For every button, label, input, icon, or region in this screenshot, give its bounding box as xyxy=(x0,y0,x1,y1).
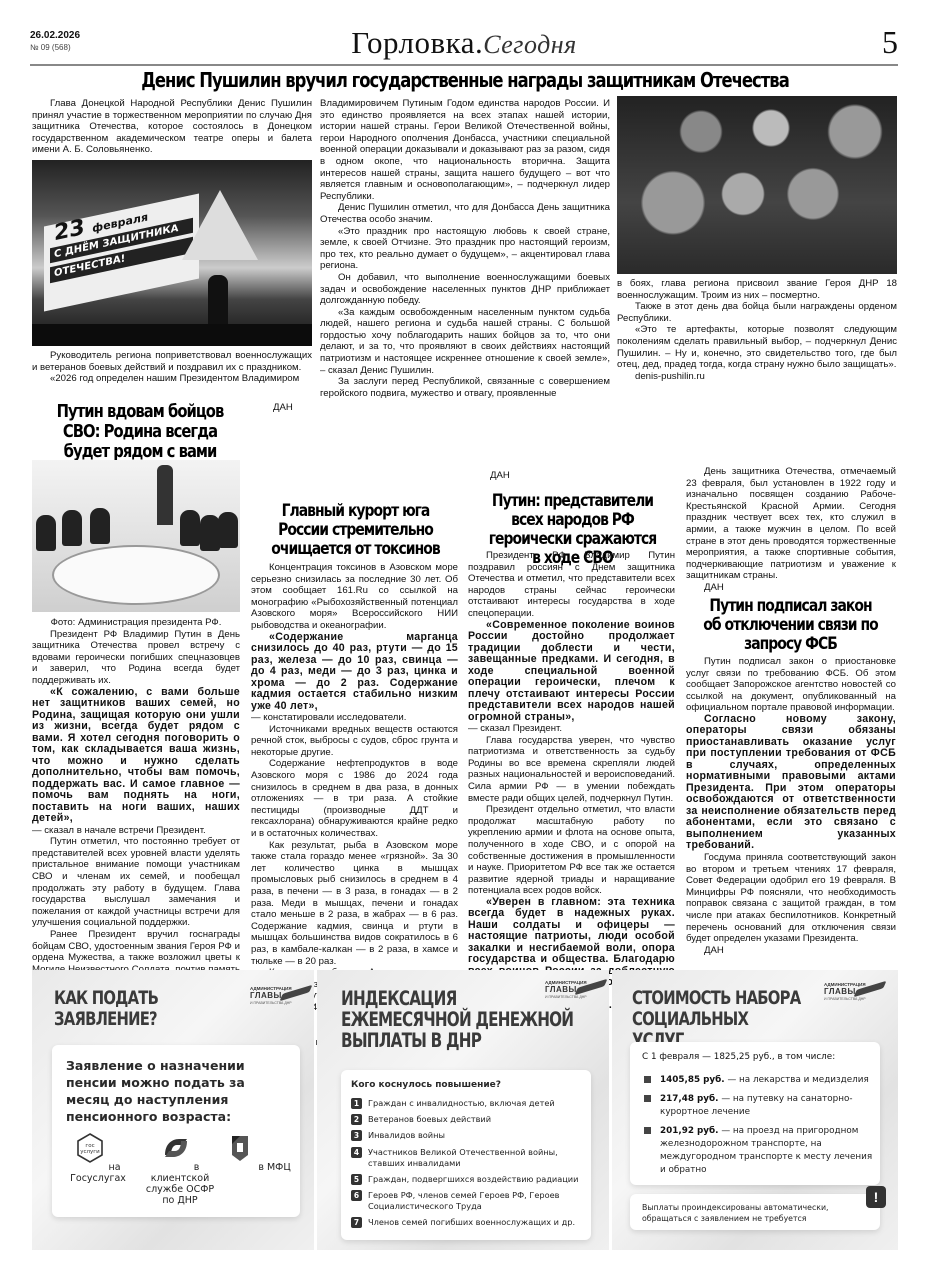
option-mfc[interactable]: в МФЦ xyxy=(222,1133,294,1173)
cost-item: 201,92 руб. — на проезд на пригородном ж… xyxy=(644,1125,874,1177)
admin-logo: АДМИНИСТРАЦИЯГЛАВЫИ ПРАВИТЕЛЬСТВА ДНР xyxy=(545,980,605,1004)
widows-col-continued: ДАН xyxy=(251,402,458,414)
photo-stage-ceremony: 23 февраля С ДНЁМ ЗАЩИТНИКА ОТЕЧЕСТВА! xyxy=(32,160,312,346)
resort-col-continued: ДАН xyxy=(468,470,675,482)
paragraph: «2026 год определен нашим Президентом Вл… xyxy=(32,373,312,385)
pushilin-col-3: в боях, глава региона присвоил звание Ге… xyxy=(617,278,897,382)
social-services-card: С 1 февраля — 1825,25 руб., в том числе:… xyxy=(630,1042,880,1185)
card-lead: Заявление о назначении пенсии можно пода… xyxy=(66,1057,288,1125)
paragraph: Госдума приняла соответствующий закон во… xyxy=(686,852,896,945)
masthead: 26.02.2026 № 09 (568) Горловка.Сегодня 5 xyxy=(30,20,898,66)
peoples-col-continued: День защитника Отечества, отмечаемый 23 … xyxy=(686,466,896,594)
infographic-title: Как подать заявление? xyxy=(54,988,187,1030)
admin-logo: АДМИНИСТРАЦИЯГЛАВЫИ ПРАВИТЕЛЬСТВА ДНР xyxy=(250,986,310,1010)
note-text: Выплаты проиндексированы автоматически, … xyxy=(642,1202,852,1224)
star-icon xyxy=(182,190,258,260)
headline-pushilin: Денис Пушилин вручил государственные наг… xyxy=(117,68,814,92)
paragraph: Он добавил, что выполнение военнослужащи… xyxy=(320,272,610,307)
quote-attribution: — констатировали исследователи. xyxy=(251,712,458,724)
paragraph: Как результат, рыба в Азовском море такж… xyxy=(251,840,458,968)
page-number: 5 xyxy=(882,24,898,61)
pension-card: Заявление о назначении пенсии можно пода… xyxy=(52,1045,300,1217)
newspaper-title: Горловка.Сегодня xyxy=(30,25,898,61)
square-bullet-icon xyxy=(644,1076,651,1083)
option-gosuslugi[interactable]: госуслуги на Госуслугах xyxy=(58,1133,138,1184)
paragraph: Путин отметил, что постоянно требует от … xyxy=(32,836,240,929)
headline-fsb: Путин подписал закон об отключении связи… xyxy=(702,597,878,654)
paragraph: За заслуги перед Республикой, связанные … xyxy=(320,376,610,399)
exclamation-icon: ! xyxy=(866,1186,886,1208)
paragraph: Концентрация токсинов в Азовском море се… xyxy=(251,562,458,632)
list-item: 4Участников Великой Отечественной войны,… xyxy=(351,1147,586,1169)
card-question: Кого коснулось повышение? xyxy=(351,1080,501,1090)
square-bullet-icon xyxy=(644,1095,651,1102)
peoples-col: Президент РФ Владимир Путин поздравил ро… xyxy=(468,550,675,1035)
source: ДАН xyxy=(251,402,458,414)
quote: «Содержание марганца снизилось до 40 раз… xyxy=(251,632,458,713)
pushilin-col-1: Глава Донецкой Народной Республики Денис… xyxy=(32,98,312,385)
paragraph: Глава государства уверен, что чувство па… xyxy=(468,735,675,805)
paragraph: «Это праздник про настоящую любовь к сво… xyxy=(320,226,610,272)
source: ДАН xyxy=(686,582,896,594)
cost-item: 1405,85 руб. — на лекарства и медизделия xyxy=(644,1074,874,1087)
paragraph: Руководитель региона поприветствовал вое… xyxy=(32,350,312,373)
list-item: 7Членов семей погибших военнослужащих и … xyxy=(351,1217,586,1228)
quote-attribution: — сказал в начале встречи Президент. xyxy=(32,825,240,837)
source: ДАН xyxy=(468,470,675,482)
photo-veterans-audience xyxy=(617,96,897,274)
quote-attribution: — сказал Президент. xyxy=(468,723,675,735)
source: ДАН xyxy=(686,945,896,957)
paragraph: Источниками вредных веществ остаются реч… xyxy=(251,724,458,759)
fsb-col: Путин подписал закон о приостановке услу… xyxy=(686,656,896,956)
admin-logo: АДМИНИСТРАЦИЯГЛАВЫИ ПРАВИТЕЛЬСТВА ДНР xyxy=(824,982,884,1006)
mfc-icon xyxy=(225,1133,255,1163)
infographic-pension: Как подать заявление? АДМИНИСТРАЦИЯГЛАВЫ… xyxy=(32,970,314,1250)
headline-widows: Путин вдовам бойцов СВО: Родина всегда б… xyxy=(50,402,230,462)
paragraph: «Это те артефакты, которые позволят след… xyxy=(617,324,897,370)
banner: 23 февраля С ДНЁМ ЗАЩИТНИКА ОТЕЧЕСТВА! xyxy=(44,193,199,311)
paragraph: Владимировичем Путиным Годом единства на… xyxy=(320,98,610,202)
list-item: 6Героев РФ, членов семей Героев РФ, Геро… xyxy=(351,1190,586,1212)
card-lead: С 1 февраля — 1825,25 руб., в том числе: xyxy=(642,1052,835,1062)
list-item: 3Инвалидов войны xyxy=(351,1130,586,1141)
paragraph: Президент отдельно отметил, что власти п… xyxy=(468,804,675,897)
svg-text:услуги: услуги xyxy=(81,1149,101,1155)
paragraph: «За каждым освобожденным населенным пунк… xyxy=(320,307,610,377)
headline-resort: Главный курорт юга России стремительно о… xyxy=(267,502,443,559)
photo-kremlin-meeting xyxy=(32,460,240,612)
option-sfr-office[interactable]: в клиентской службе ОСФР по ДНР xyxy=(140,1133,220,1206)
paragraph: Также в этот день два бойца были награжд… xyxy=(617,301,897,324)
source-link[interactable]: denis-pushilin.ru xyxy=(617,371,897,383)
quote: Согласно новому закону, операторы связи … xyxy=(686,714,896,852)
infographic-indexation: Индексация ежемесячной денежной выплаты … xyxy=(317,970,609,1250)
sfr-icon xyxy=(161,1133,191,1163)
gosuslugi-icon: госуслуги xyxy=(75,1133,105,1163)
infographic-title: Индексация ежемесячной денежной выплаты … xyxy=(341,988,575,1051)
photo-caption: Фото: Администрация президента РФ. xyxy=(32,617,240,629)
quote: «К сожалению, с вами больше нет защитник… xyxy=(32,687,240,825)
paragraph: День защитника Отечества, отмечаемый 23 … xyxy=(686,466,896,582)
list-item: 2Ветеранов боевых действий xyxy=(351,1114,586,1125)
infographic-social-services: Стоимость набора социальных услуг АДМИНИ… xyxy=(612,970,898,1250)
paragraph: Президент РФ Владимир Путин в День защит… xyxy=(32,629,240,687)
paragraph: Денис Пушилин отметил, что для Донбасса … xyxy=(320,202,610,225)
list-item: 5Граждан, подвергшихся воздействию радиа… xyxy=(351,1174,586,1185)
title-main: Горловка. xyxy=(351,25,483,60)
square-bullet-icon xyxy=(644,1127,651,1134)
title-script: Сегодня xyxy=(483,30,577,59)
cost-item: 217,48 руб. — на путевку на санаторно-ку… xyxy=(644,1093,859,1119)
paragraph: Содержание нефтепродуктов в воде Азовско… xyxy=(251,758,458,839)
list-item: 1Граждан с инвалидностью, включая детей xyxy=(351,1098,586,1109)
note-card: Выплаты проиндексированы автоматически, … xyxy=(630,1194,880,1230)
paragraph: Президент РФ Владимир Путин поздравил ро… xyxy=(468,550,675,620)
indexation-card: Кого коснулось повышение? 1Граждан с инв… xyxy=(341,1070,591,1240)
paragraph: Путин подписал закон о приостановке услу… xyxy=(686,656,896,714)
paragraph: Глава Донецкой Народной Республики Денис… xyxy=(32,98,312,156)
quote: «Современное поколение воинов России дос… xyxy=(468,620,675,724)
paragraph: в боях, глава региона присвоил звание Ге… xyxy=(617,278,897,301)
pushilin-col-2: Владимировичем Путиным Годом единства на… xyxy=(320,98,610,399)
